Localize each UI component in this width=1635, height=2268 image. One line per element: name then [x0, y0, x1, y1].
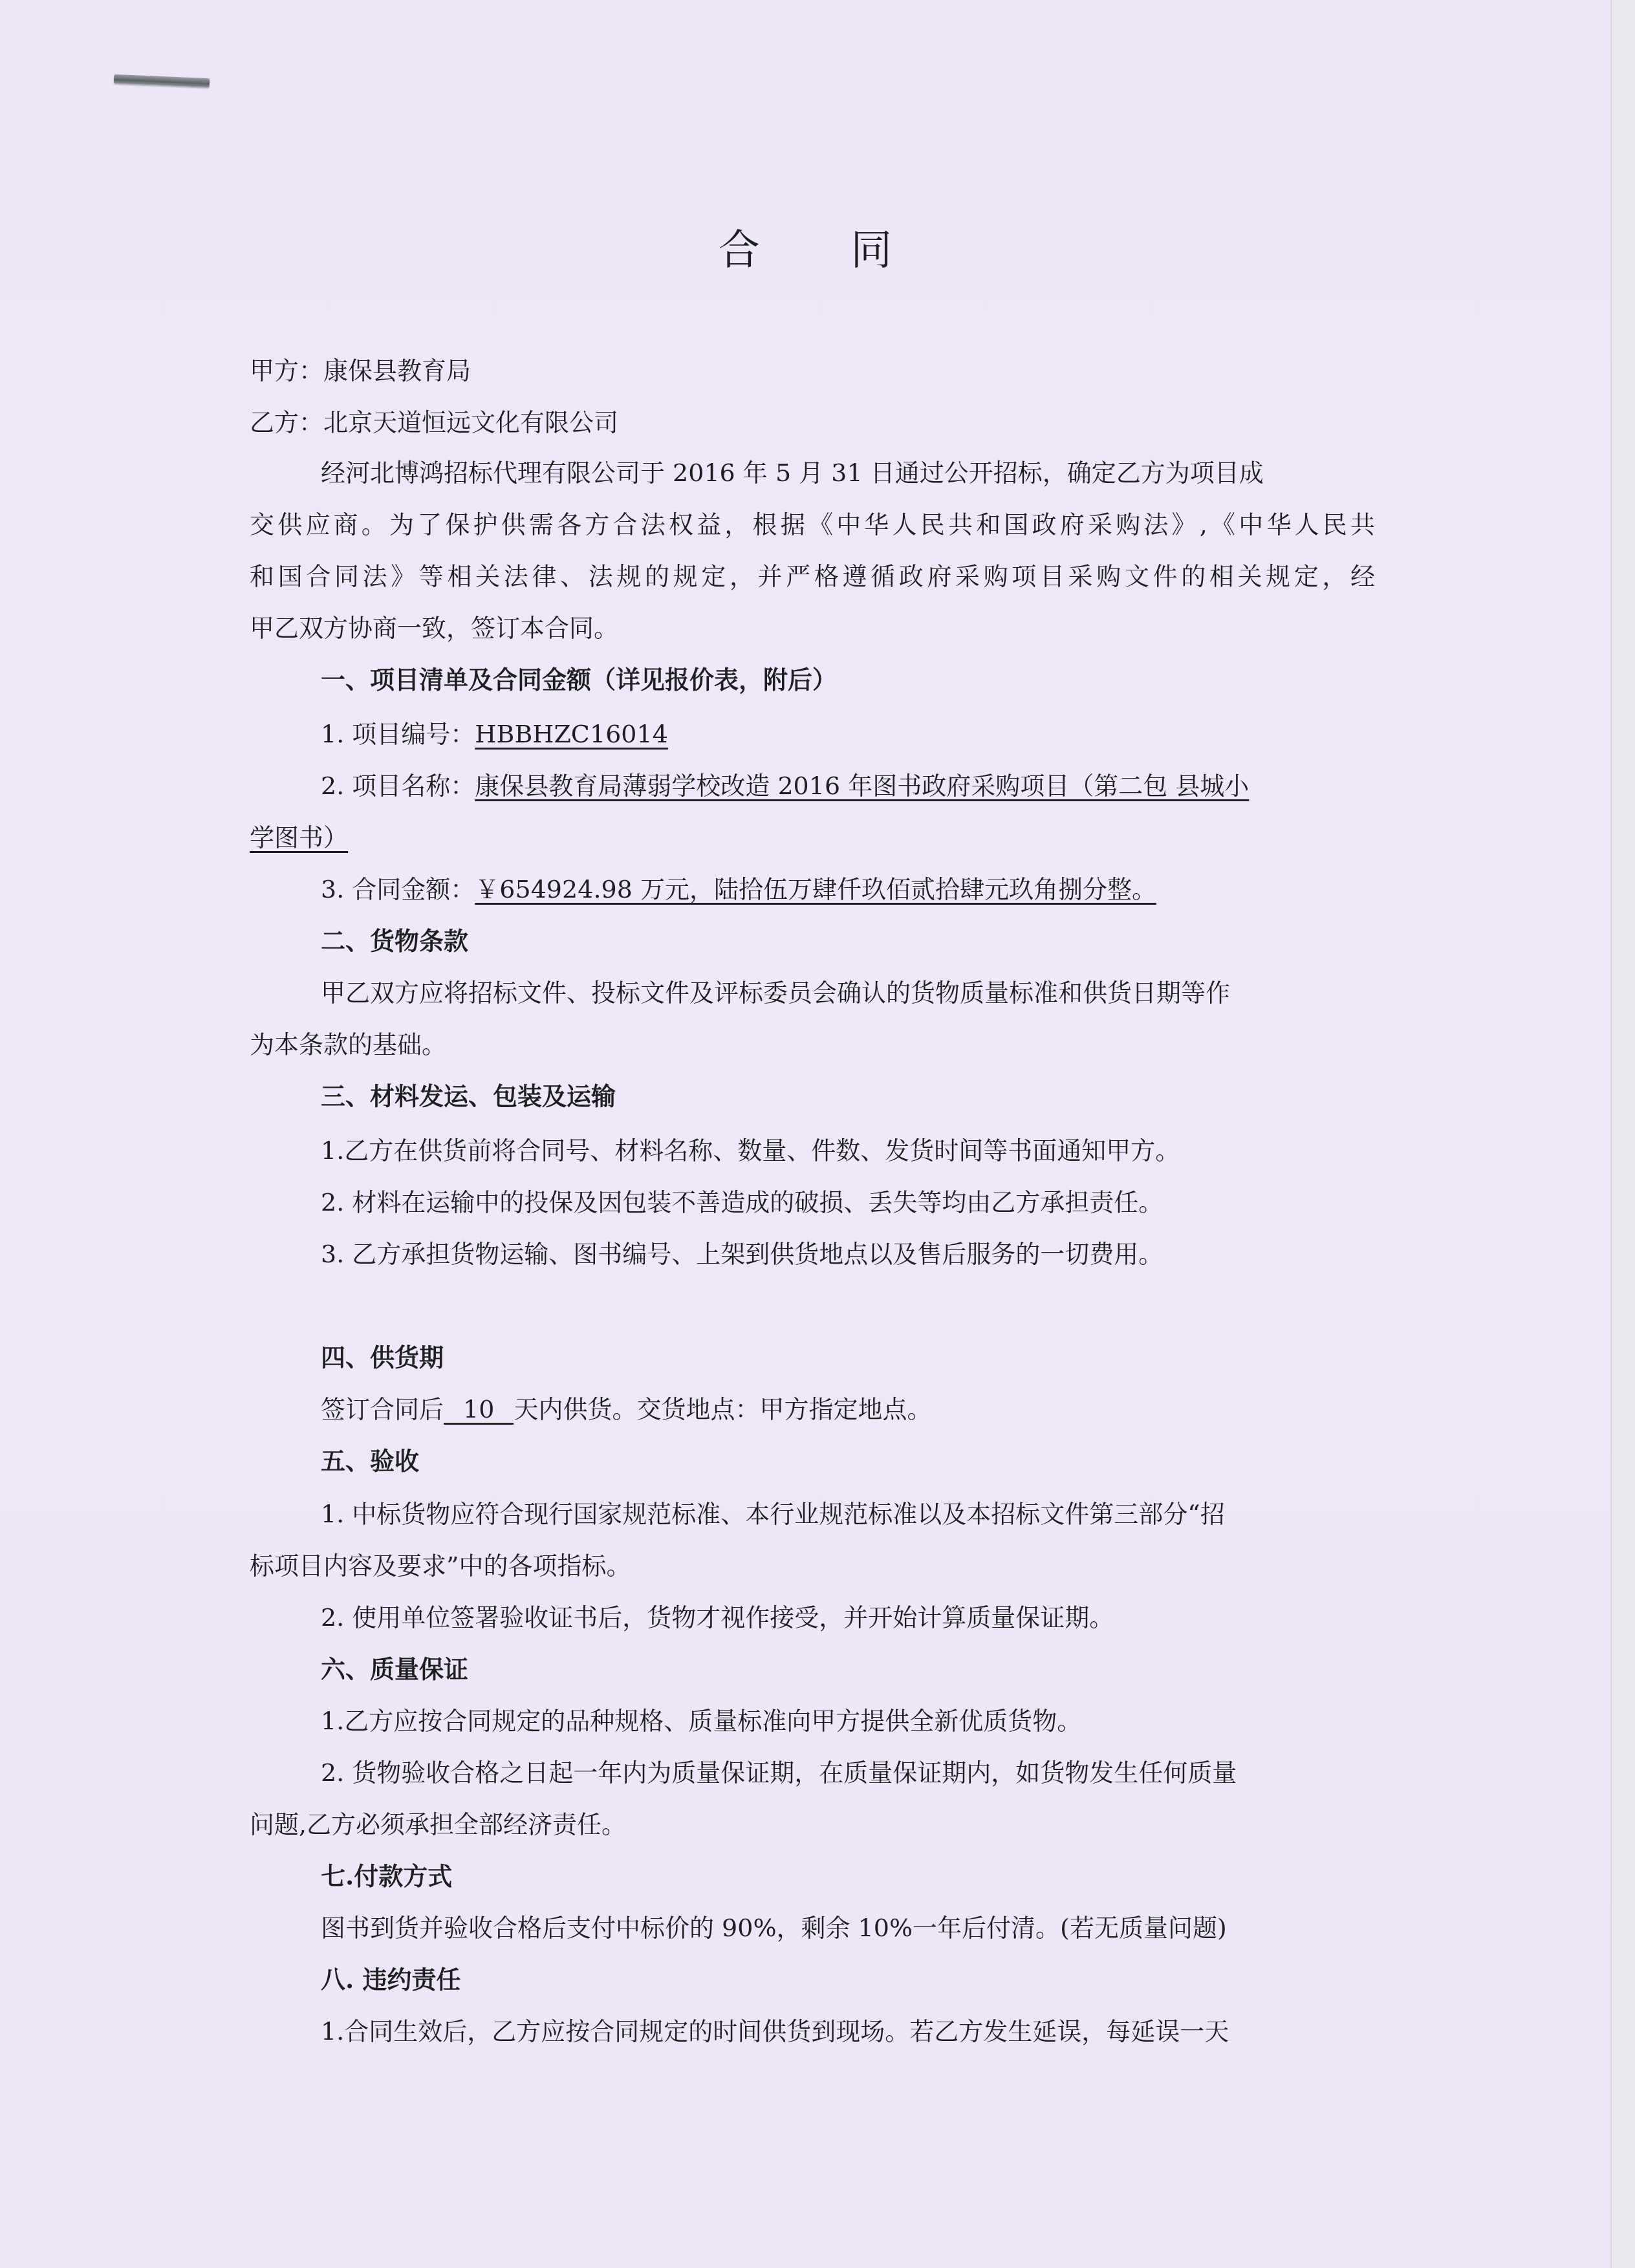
project-name-value-cont: 学图书）	[250, 823, 348, 852]
project-name: 2. 项目名称：康保县教育局薄弱学校改造 2016 年图书政府采购项目（第二包 …	[321, 770, 1446, 802]
section-5-item-1-cont: 标项目内容及要求”中的各项指标。	[250, 1550, 1375, 1582]
section-6-item-2: 2. 货物验收合格之日起一年内为质量保证期，在质量保证期内，如货物发生任何质量	[321, 1756, 1375, 1789]
section-7-body: 图书到货并验收合格后支付中标价的 90%，剩余 10%一年后付清。(若无质量问题…	[321, 1912, 1446, 1944]
contract-amount-label: 3. 合同金额：	[321, 875, 475, 903]
section-3-item-2: 2. 材料在运输中的投保及因包装不善造成的破损、丢失等均由乙方承担责任。	[321, 1186, 1446, 1218]
intro-line-3: 和国合同法》等相关法律、法规的规定，并严格遵循政府采购项目采购文件的相关规定，经	[250, 560, 1375, 592]
section-3-heading: 三、材料发运、包装及运输	[321, 1080, 1446, 1112]
delivery-prefix: 签订合同后	[321, 1395, 444, 1423]
section-1-heading: 一、项目清单及合同金额（详见报价表，附后）	[321, 664, 1446, 696]
project-name-label: 2. 项目名称：	[321, 772, 475, 800]
section-5-item-2: 2. 使用单位签署验收证书后，货物才视作接受，并开始计算质量保证期。	[321, 1601, 1446, 1634]
section-3-item-3: 3. 乙方承担货物运输、图书编号、上架到供货地点以及售后服务的一切费用。	[321, 1238, 1446, 1270]
section-4-heading: 四、供货期	[321, 1341, 1446, 1374]
section-6-item-1: 1.乙方应按合同规定的品种规格、质量标准向甲方提供全新优质货物。	[321, 1705, 1446, 1737]
party-b: 乙方：北京天道恒远文化有限公司	[250, 406, 1375, 438]
section-5-heading: 五、验收	[321, 1445, 1446, 1477]
section-7-heading: 七.付款方式	[321, 1860, 1446, 1892]
party-a: 甲方：康保县教育局	[250, 354, 1375, 387]
intro-line-1: 经河北博鸿招标代理有限公司于 2016 年 5 月 31 日通过公开招标，确定乙…	[321, 457, 1375, 489]
project-name-cont: 学图书）	[250, 821, 1375, 854]
section-2-body-1: 甲乙双方应将招标文件、投标文件及评标委员会确认的货物质量标准和供货日期等作	[321, 977, 1446, 1009]
project-number: 1. 项目编号：HBBHZC16014	[321, 718, 1446, 750]
section-4-body: 签订合同后10天内供货。交货地点：甲方指定地点。	[321, 1393, 1446, 1425]
delivery-suffix: 天内供货。交货地点：甲方指定地点。	[514, 1395, 931, 1423]
section-8-heading: 八. 违约责任	[321, 1963, 1446, 1996]
section-3-item-1: 1.乙方在供货前将合同号、材料名称、数量、件数、发货时间等书面通知甲方。	[321, 1134, 1446, 1167]
project-name-value: 康保县教育局薄弱学校改造 2016 年图书政府采购项目（第二包 县城小	[475, 772, 1249, 800]
document-title: 合 同	[0, 217, 1610, 276]
project-number-label: 1. 项目编号：	[321, 720, 475, 748]
section-2-heading: 二、货物条款	[321, 925, 1446, 957]
section-2-body-2: 为本条款的基础。	[250, 1028, 1375, 1061]
intro-line-2: 交供应商。为了保护供需各方合法权益，根据《中华人民共和国政府采购法》,《中华人民…	[250, 508, 1375, 541]
intro-line-4: 甲乙双方协商一致，签订本合同。	[250, 612, 1375, 644]
section-6-heading: 六、质量保证	[321, 1653, 1446, 1685]
contract-amount-value: ￥654924.98 万元，陆拾伍万肆仟玖佰贰拾肆元玖角捌分整。	[475, 875, 1156, 903]
section-8-item-1: 1.合同生效后，乙方应按合同规定的时间供货到现场。若乙方发生延误，每延误一天	[321, 2015, 1446, 2047]
project-number-value: HBBHZC16014	[475, 720, 668, 748]
section-5-item-1: 1. 中标货物应符合现行国家规范标准、本行业规范标准以及本招标文件第三部分“招	[321, 1498, 1375, 1530]
scanner-edge	[1610, 0, 1635, 2268]
contract-amount: 3. 合同金额：￥654924.98 万元，陆拾伍万肆仟玖佰贰拾肆元玖角捌分整。	[321, 873, 1446, 905]
section-6-item-2-cont: 问题,乙方必须承担全部经济责任。	[250, 1808, 1375, 1841]
delivery-days: 10	[444, 1396, 514, 1425]
